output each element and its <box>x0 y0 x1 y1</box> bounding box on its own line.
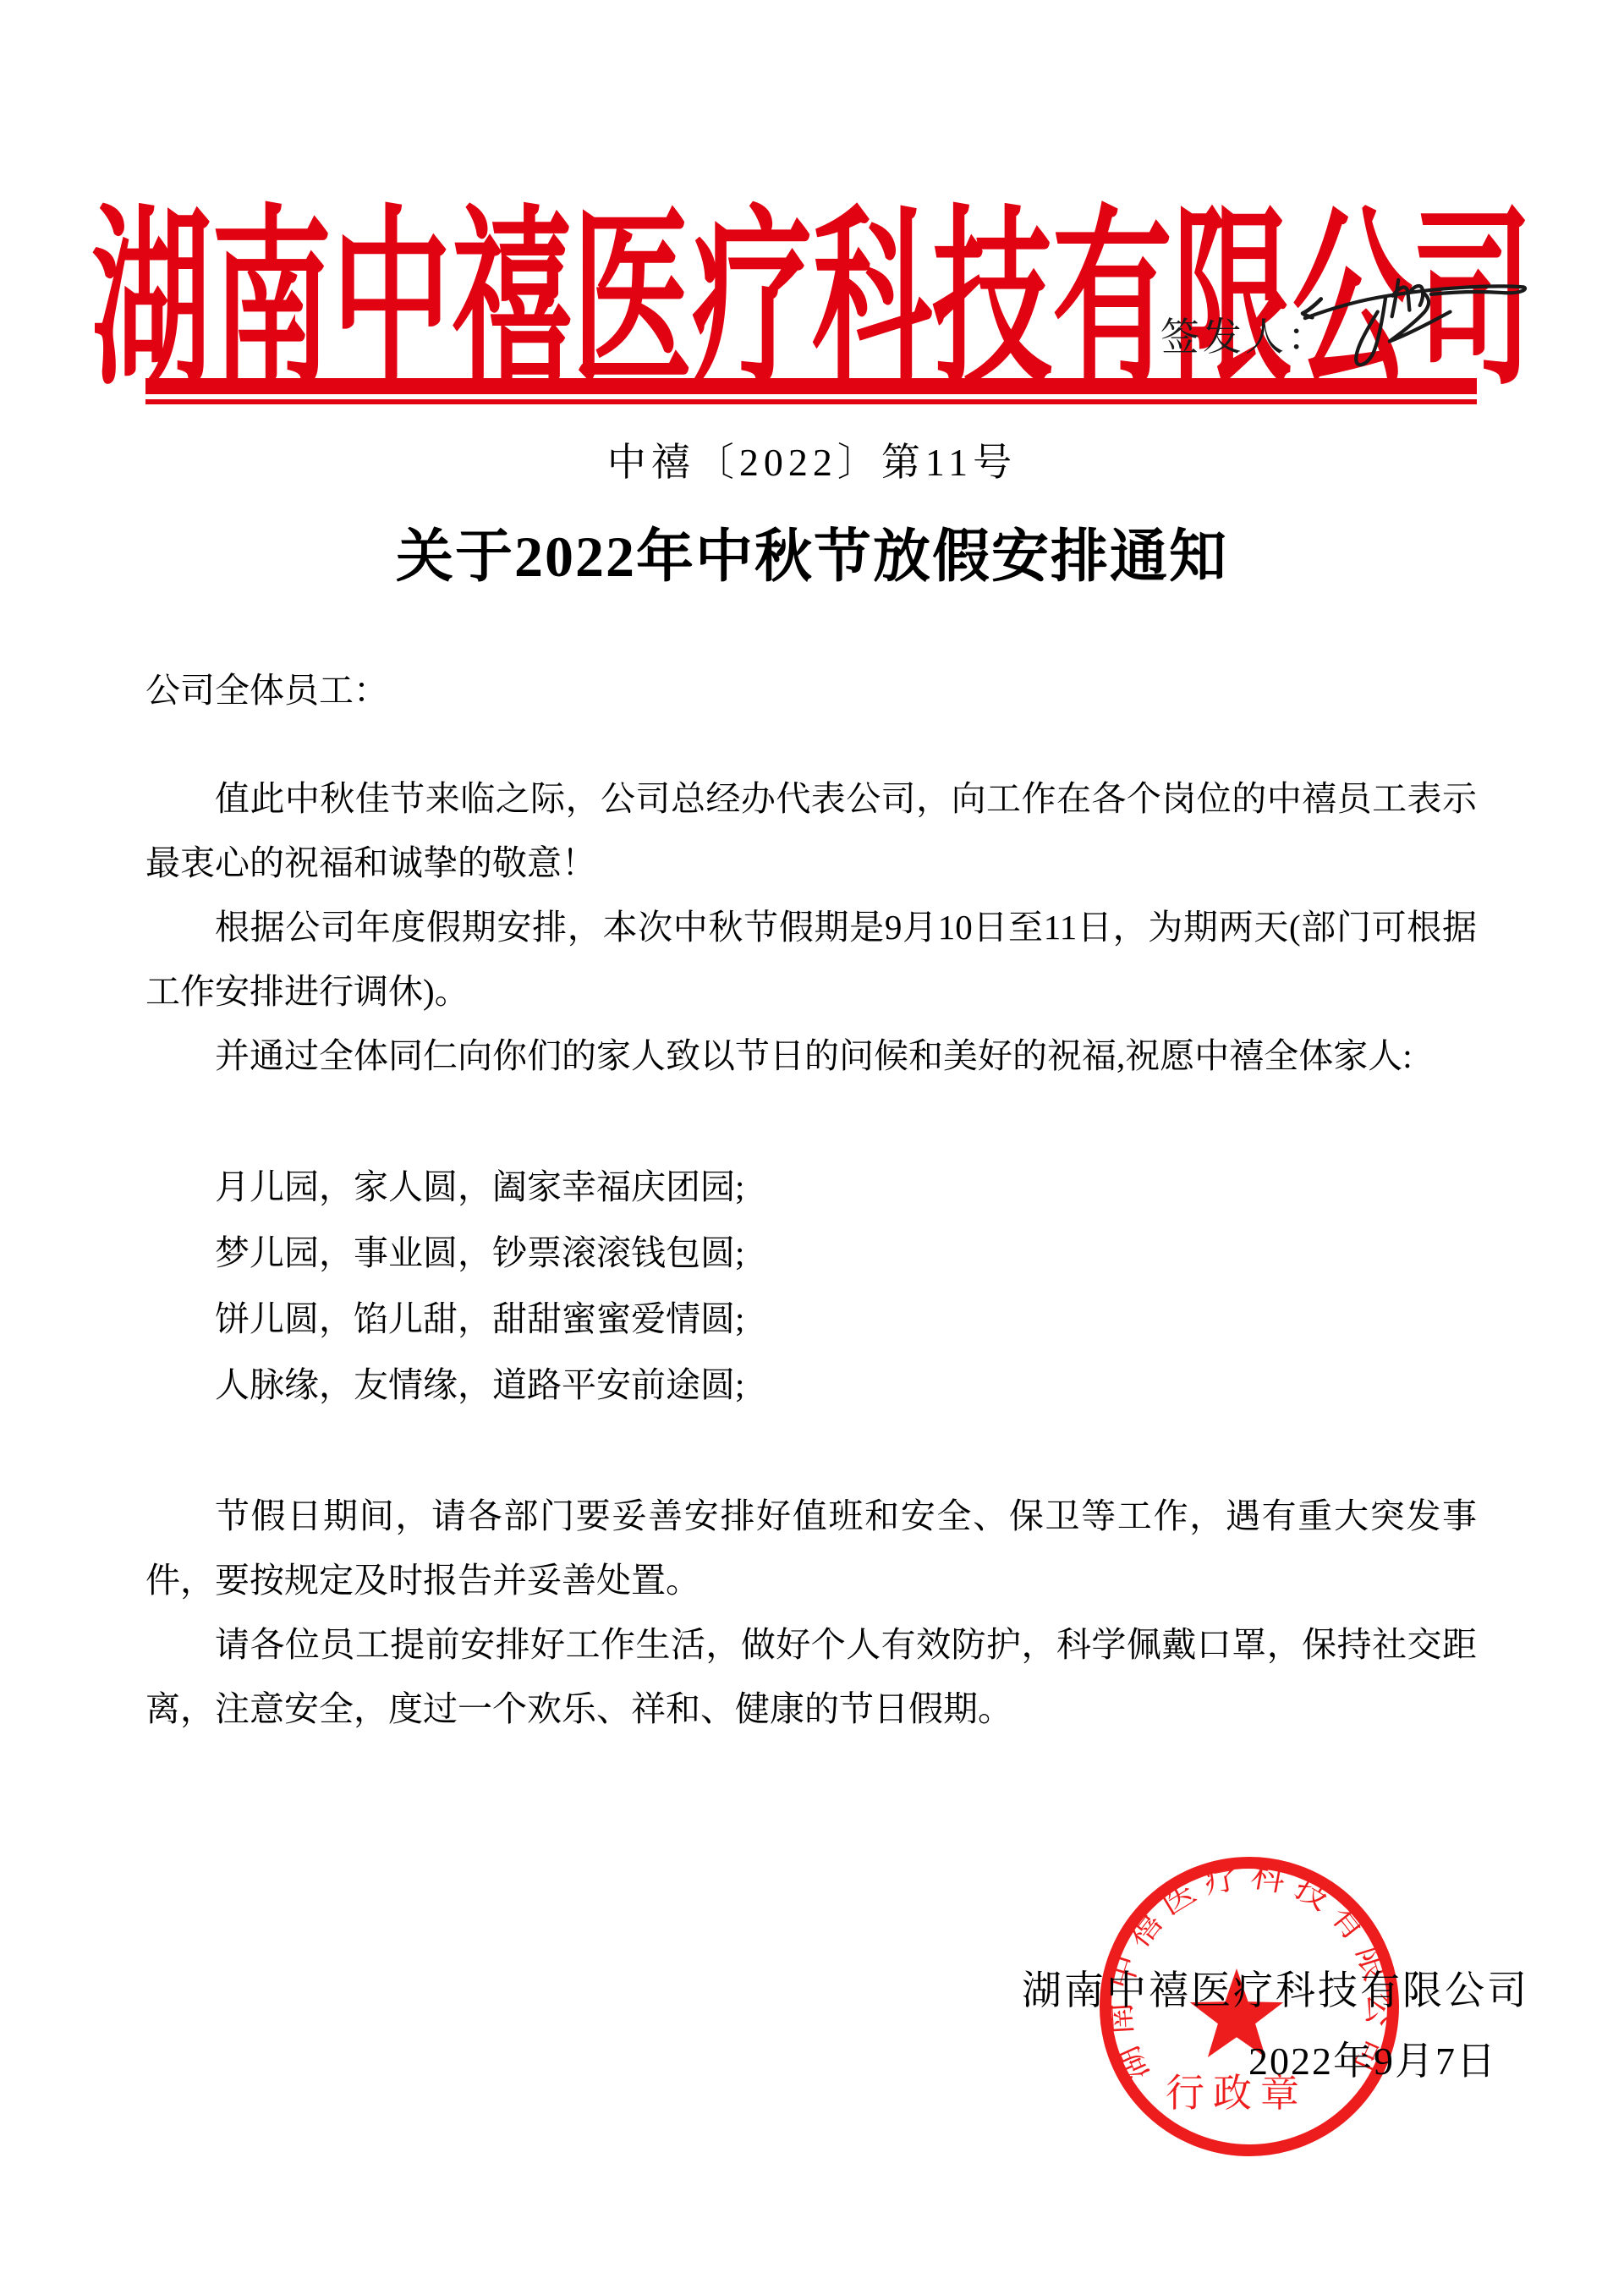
paragraph: 值此中秋佳节来临之际，公司总经办代表公司，向工作在各个岗位的中禧员工表示最衷心的… <box>145 766 1477 895</box>
poem-block: 月儿园，家人圆，阖家幸福庆团园; 梦儿园，事业圆，钞票滚滚钱包圆; 饼儿圆，馅儿… <box>145 1154 1477 1418</box>
handwritten-signature-icon <box>1292 264 1538 376</box>
poem-line: 人脉缘，友情缘，道路平安前途圆; <box>145 1352 1477 1418</box>
poem-line: 饼儿圆，馅儿甜，甜甜蜜蜜爱情圆; <box>145 1286 1477 1352</box>
paragraph: 节假日期间，请各部门要妥善安排好值班和安全、保卫等工作，遇有重大突发事件，要按规… <box>145 1484 1477 1612</box>
doc-number: 中禧〔2022〕第11号 <box>0 431 1624 487</box>
paragraph: 根据公司年度假期安排，本次中秋节假期是9月10日至11日，为期两天(部门可根据工… <box>145 895 1477 1024</box>
doc-title: 关于2022年中秋节放假安排通知 <box>0 511 1624 593</box>
footer-company-name: 湖南中禧医疗科技有限公司 <box>1022 1959 1529 2016</box>
document-page: 湖南中禧医疗科技有限公司 签发人： 中禧〔2022〕第11号 关于2022年中秋… <box>0 0 1624 2295</box>
footer-date: 2022年9月7日 <box>1248 2030 1497 2086</box>
salutation: 公司全体员工： <box>145 658 1477 722</box>
paragraph: 请各位员工提前安排好工作生活，做好个人有效防护，科学佩戴口罩，保持社交距离，注意… <box>145 1612 1477 1741</box>
paragraph: 并通过全体同仁向你们的家人致以节日的问候和美好的祝福,祝愿中禧全体家人: <box>145 1024 1477 1088</box>
red-rule-thin <box>145 399 1477 404</box>
poem-line: 月儿园，家人圆，阖家幸福庆团园; <box>145 1154 1477 1220</box>
doc-body: 公司全体员工： 值此中秋佳节来临之际，公司总经办代表公司，向工作在各个岗位的中禧… <box>145 658 1477 1741</box>
red-rule-thick <box>145 378 1477 394</box>
poem-line: 梦儿园，事业圆，钞票滚滚钱包圆; <box>145 1220 1477 1286</box>
